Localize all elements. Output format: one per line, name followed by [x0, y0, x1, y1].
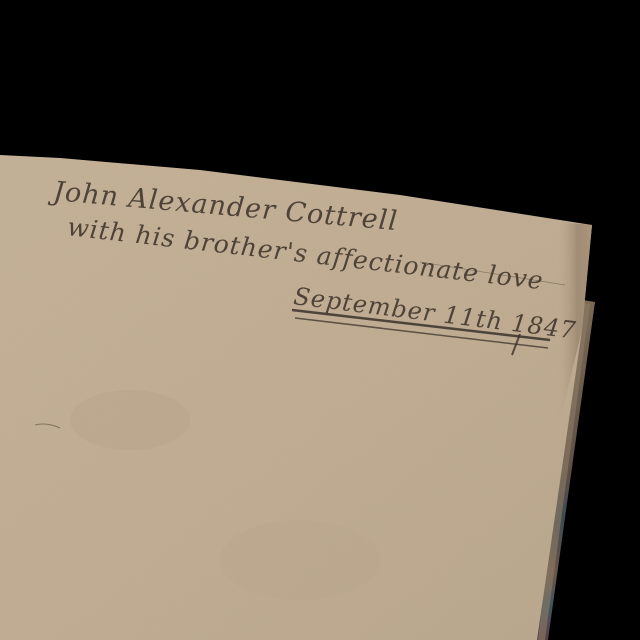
photo-scene: John Alexander Cottrell with his brother… [0, 0, 640, 640]
